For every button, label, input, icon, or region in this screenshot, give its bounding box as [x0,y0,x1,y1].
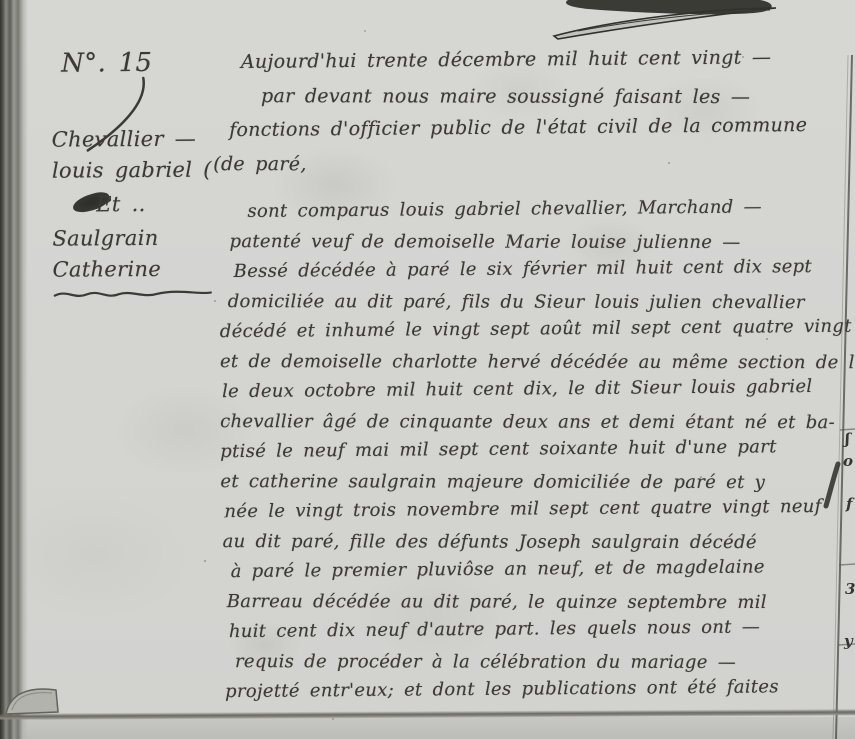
paper-specks [0,0,2,2]
adjacent-page-edge [0,0,855,739]
adjacent-page-fragment: ʃ [845,430,850,448]
adjacent-page-fragment: y [844,632,853,650]
adjacent-page-fragment: 3 [845,580,855,598]
adjacent-page-fragment: f [846,495,852,513]
scanned-register-page: N°. 15Chevallier —louis gabriel (Et ‥Sau… [0,0,855,739]
adjacent-page-fragment: o [843,452,853,470]
